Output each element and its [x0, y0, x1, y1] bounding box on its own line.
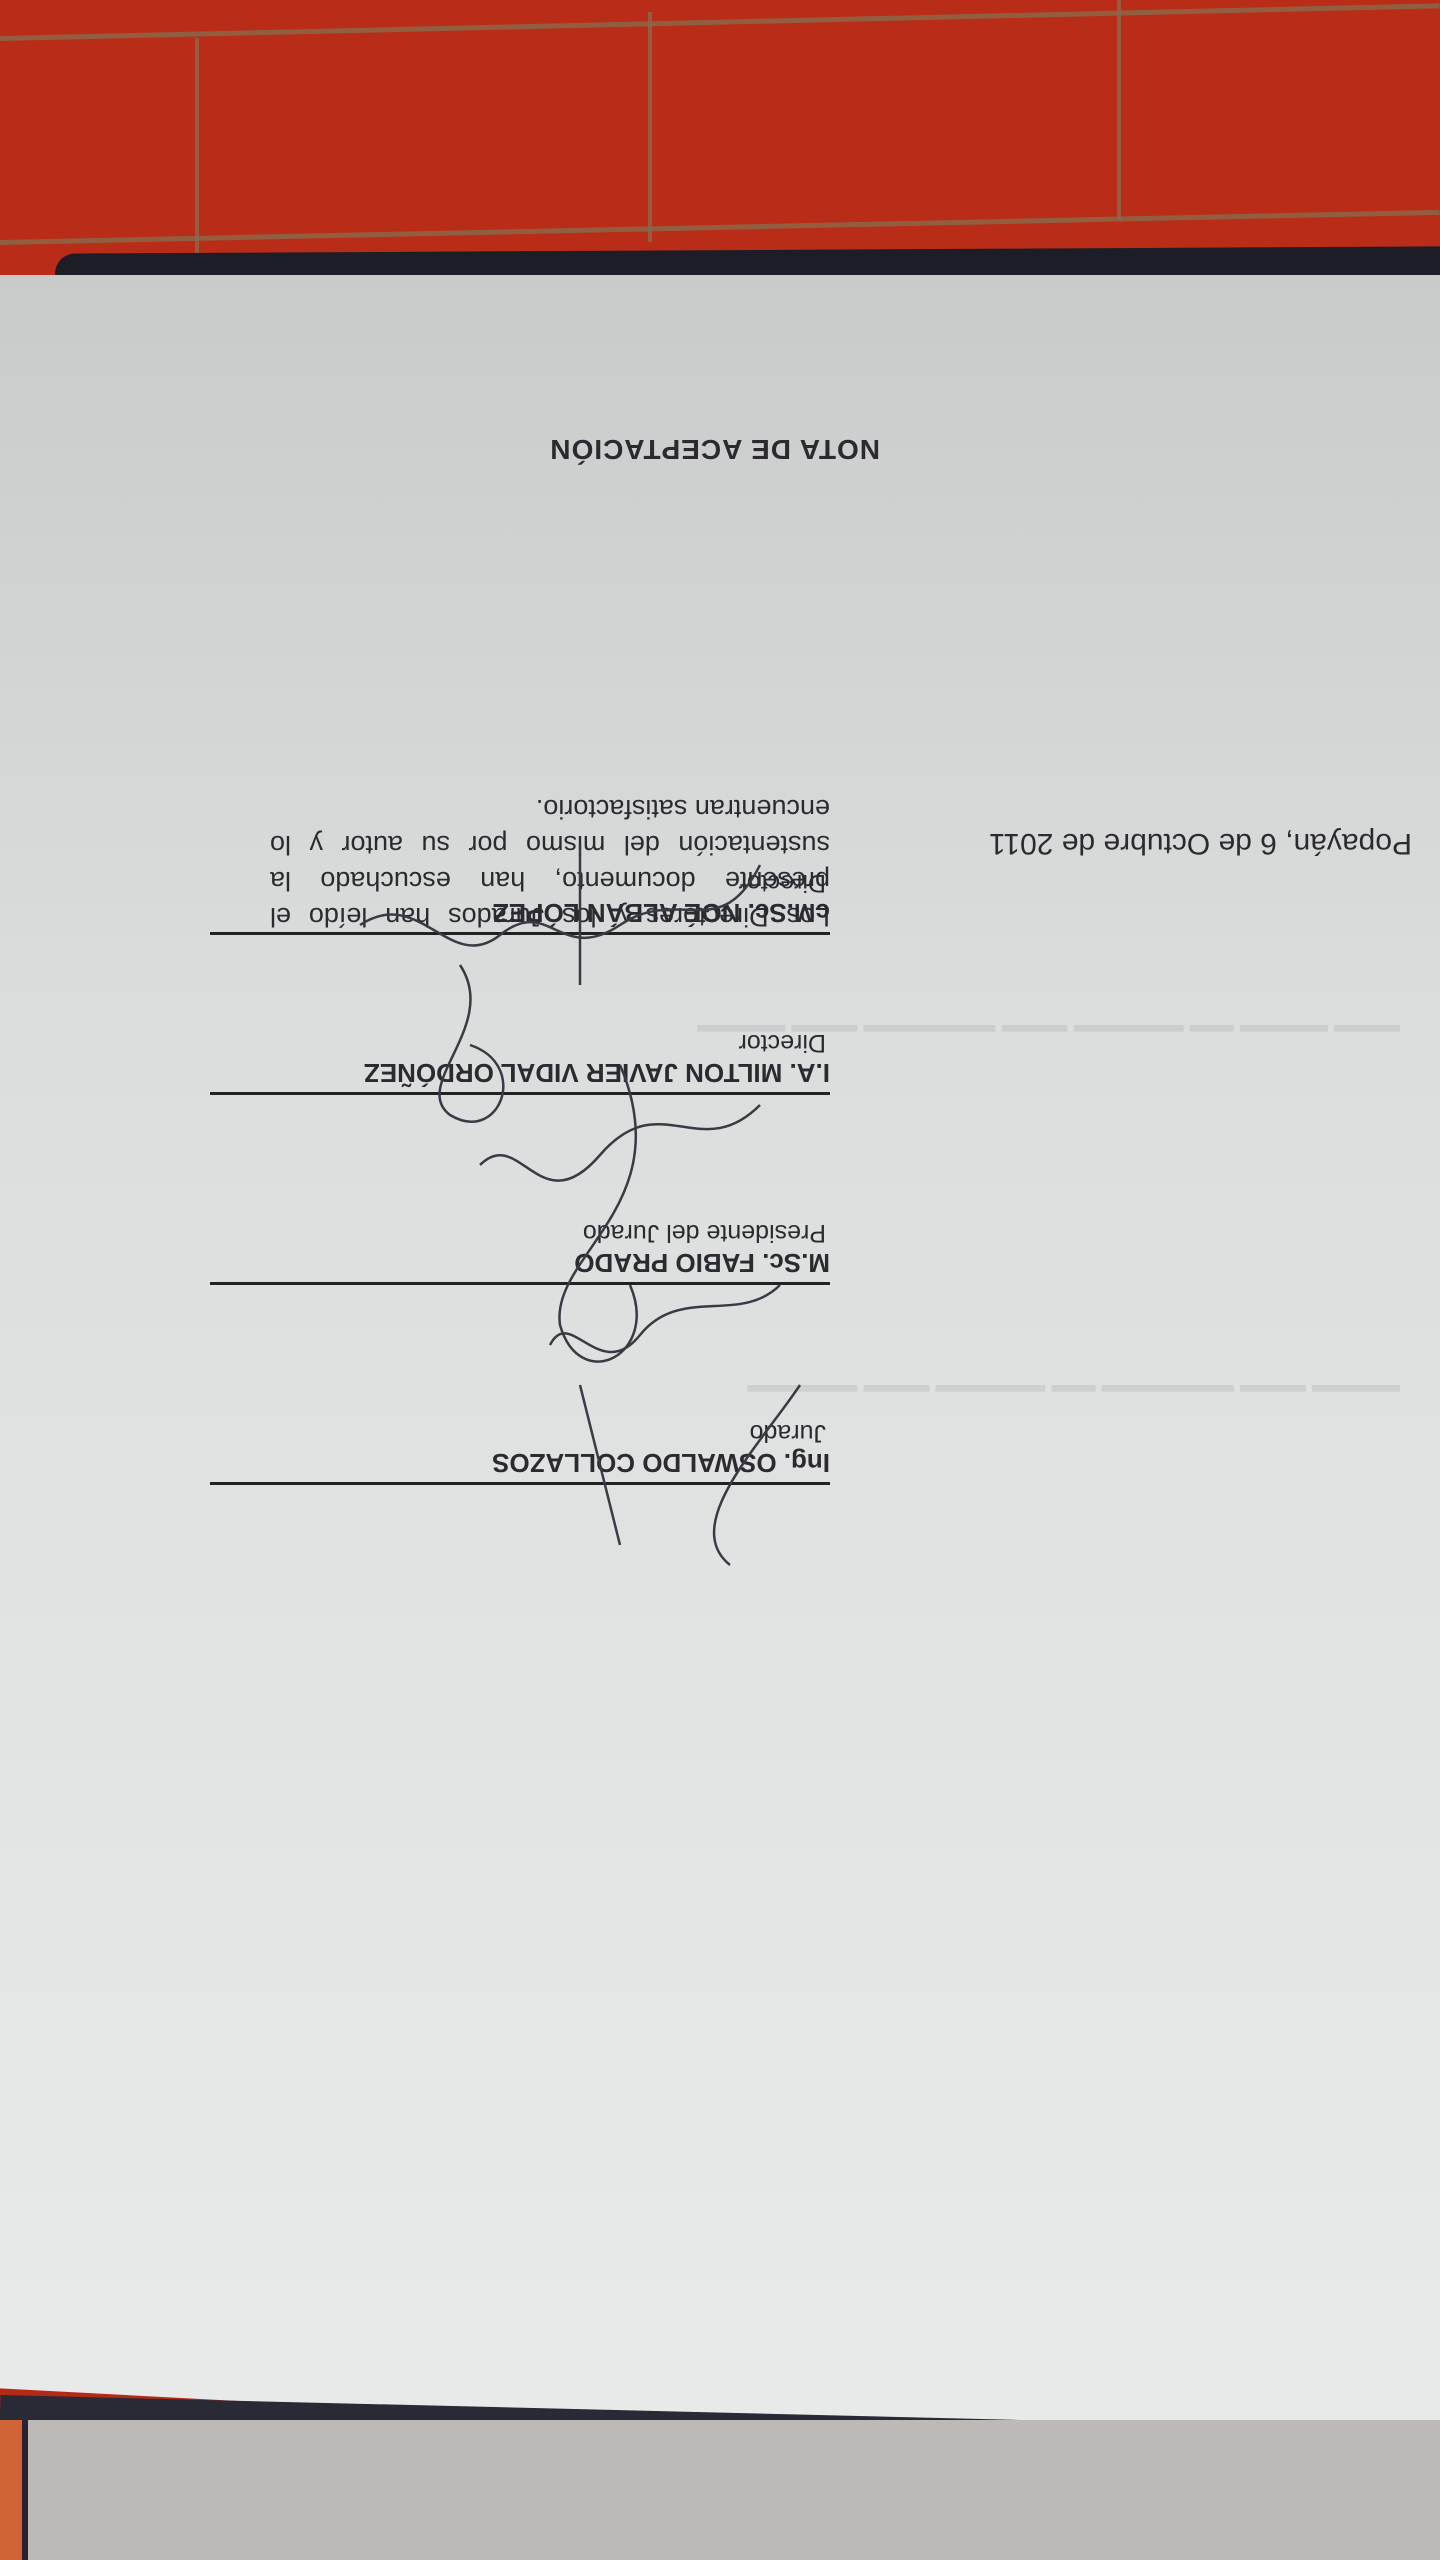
floor-surface — [0, 2420, 1440, 2560]
page-title: NOTA DE ACEPTACIÓN — [180, 433, 880, 465]
handwritten-signatures — [120, 825, 880, 1585]
binder-spine — [22, 2420, 28, 2560]
place-date: Popayán, 6 de Octubre de 2011 — [989, 826, 1412, 860]
tile-wall-corner — [0, 2420, 22, 2560]
document-content: ▬▬▬ ▬▬▬▬ ▬▬ ▬▬▬▬▬ ▬▬▬ ▬▬▬▬▬▬ ▬▬▬ ▬▬▬▬ ▬▬… — [0, 275, 1440, 2465]
